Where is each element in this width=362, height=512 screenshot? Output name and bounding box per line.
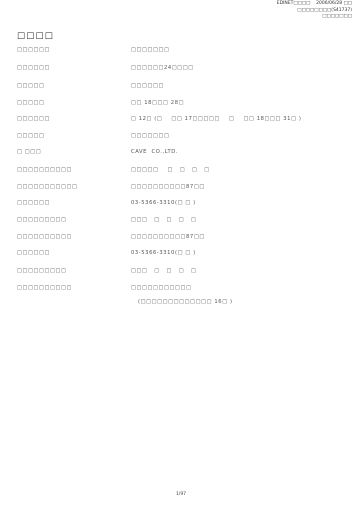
field-value: 03-5366-3310(□ □ ) (131, 200, 196, 206)
field-value: 03-5366-3310(□ □ ) (131, 250, 196, 256)
note-text: (□□□□□□□□□□□□□ 16□ ) (138, 299, 233, 305)
field-label: □□□□□ (17, 133, 45, 139)
field-value: □□□□□□□□□□□ (131, 285, 192, 291)
field-value: □□□□□□□ (131, 47, 170, 53)
document-header: EDINET□□□□ 2006/06/28 □□ □□□□□□□□(S41737… (277, 1, 352, 21)
header-line-3: □□□□□□□ (277, 14, 352, 21)
field-row: □ □□□CAVE CO.,LTD. (0, 149, 362, 159)
field-value: □□□□□□24□□□□ (131, 65, 194, 71)
page-title: □□□□ (17, 31, 54, 41)
field-value: □□□ □ □ □ □ (131, 217, 197, 223)
field-label: □□□□□□ (17, 116, 50, 122)
field-label: □□□□□□ (17, 200, 50, 206)
field-row: □□□□□□□□□□□□□ (0, 47, 362, 57)
field-label: □□□□□□ (17, 47, 50, 53)
field-label: □□□□□□□□□□ (17, 285, 72, 291)
field-row: □□□□□□□ 18□□□ 28□ (0, 100, 362, 110)
field-row: □□□□□□03-5366-3310(□ □ ) (0, 200, 362, 210)
field-row: □□□□□□□□□□□□□□□□□□□□87□□ (0, 234, 362, 244)
field-row: □□□□□□□□□□□ (0, 83, 362, 93)
page-number: 1/97 (0, 492, 362, 497)
field-row: □□□□□□□ 12□ (□ □□ 17□□□□□ □ □□ 18□□□ 31□… (0, 116, 362, 126)
field-row: □□□□□□03-5366-3310(□ □ ) (0, 250, 362, 260)
field-row: □□□□□□□□□□□□ (0, 133, 362, 143)
field-value: CAVE CO.,LTD. (131, 149, 178, 155)
field-label: □□□□□□□□□□ (17, 234, 72, 240)
field-label: □□□□□□□□□ (17, 268, 67, 274)
field-row: □□□□□□□□□□□□□□□□□□□□□87□□ (0, 184, 362, 194)
field-row: □□□□□□□□□□□□24□□□□ (0, 65, 362, 75)
field-value: □□□□□ □ □ □ □ (131, 167, 210, 173)
field-label: □□□□□ (17, 83, 45, 89)
field-value: □□□□□□ (131, 83, 164, 89)
header-line-1: EDINET□□□□ 2006/06/28 □□ (277, 1, 352, 8)
field-value: □□□ □ □ □ □ (131, 268, 197, 274)
field-label: □ □□□ (17, 149, 41, 155)
field-value: □□□□□□□□□□87□□ (131, 234, 205, 240)
field-label: □□□□□□□□□□□ (17, 184, 78, 190)
field-label: □□□□□ (17, 100, 45, 106)
field-value: □ 12□ (□ □□ 17□□□□□ □ □□ 18□□□ 31□ ) (131, 116, 301, 122)
field-value: □□□□□□□ (131, 133, 170, 139)
field-row: □□□□□□□□□□□□ □ □ □ □ (0, 268, 362, 278)
header-line-2: □□□□□□□□(S41737) (277, 8, 352, 15)
field-label: □□□□□□□□□□ (17, 167, 72, 173)
field-label: □□□□□□ (17, 65, 50, 71)
field-label: □□□□□□□□□ (17, 217, 67, 223)
field-value: □□□□□□□□□□87□□ (131, 184, 205, 190)
field-row: □□□□□□□□□□□□□□□ □ □ □ □ (0, 167, 362, 177)
field-row: □□□□□□□□□□□□□□□□□□□□□ (0, 285, 362, 295)
field-value: □□ 18□□□ 28□ (131, 100, 184, 106)
field-row: □□□□□□□□□□□□ □ □ □ □ (0, 217, 362, 227)
field-label: □□□□□□ (17, 250, 50, 256)
note-row: (□□□□□□□□□□□□□ 16□ ) (0, 299, 362, 309)
